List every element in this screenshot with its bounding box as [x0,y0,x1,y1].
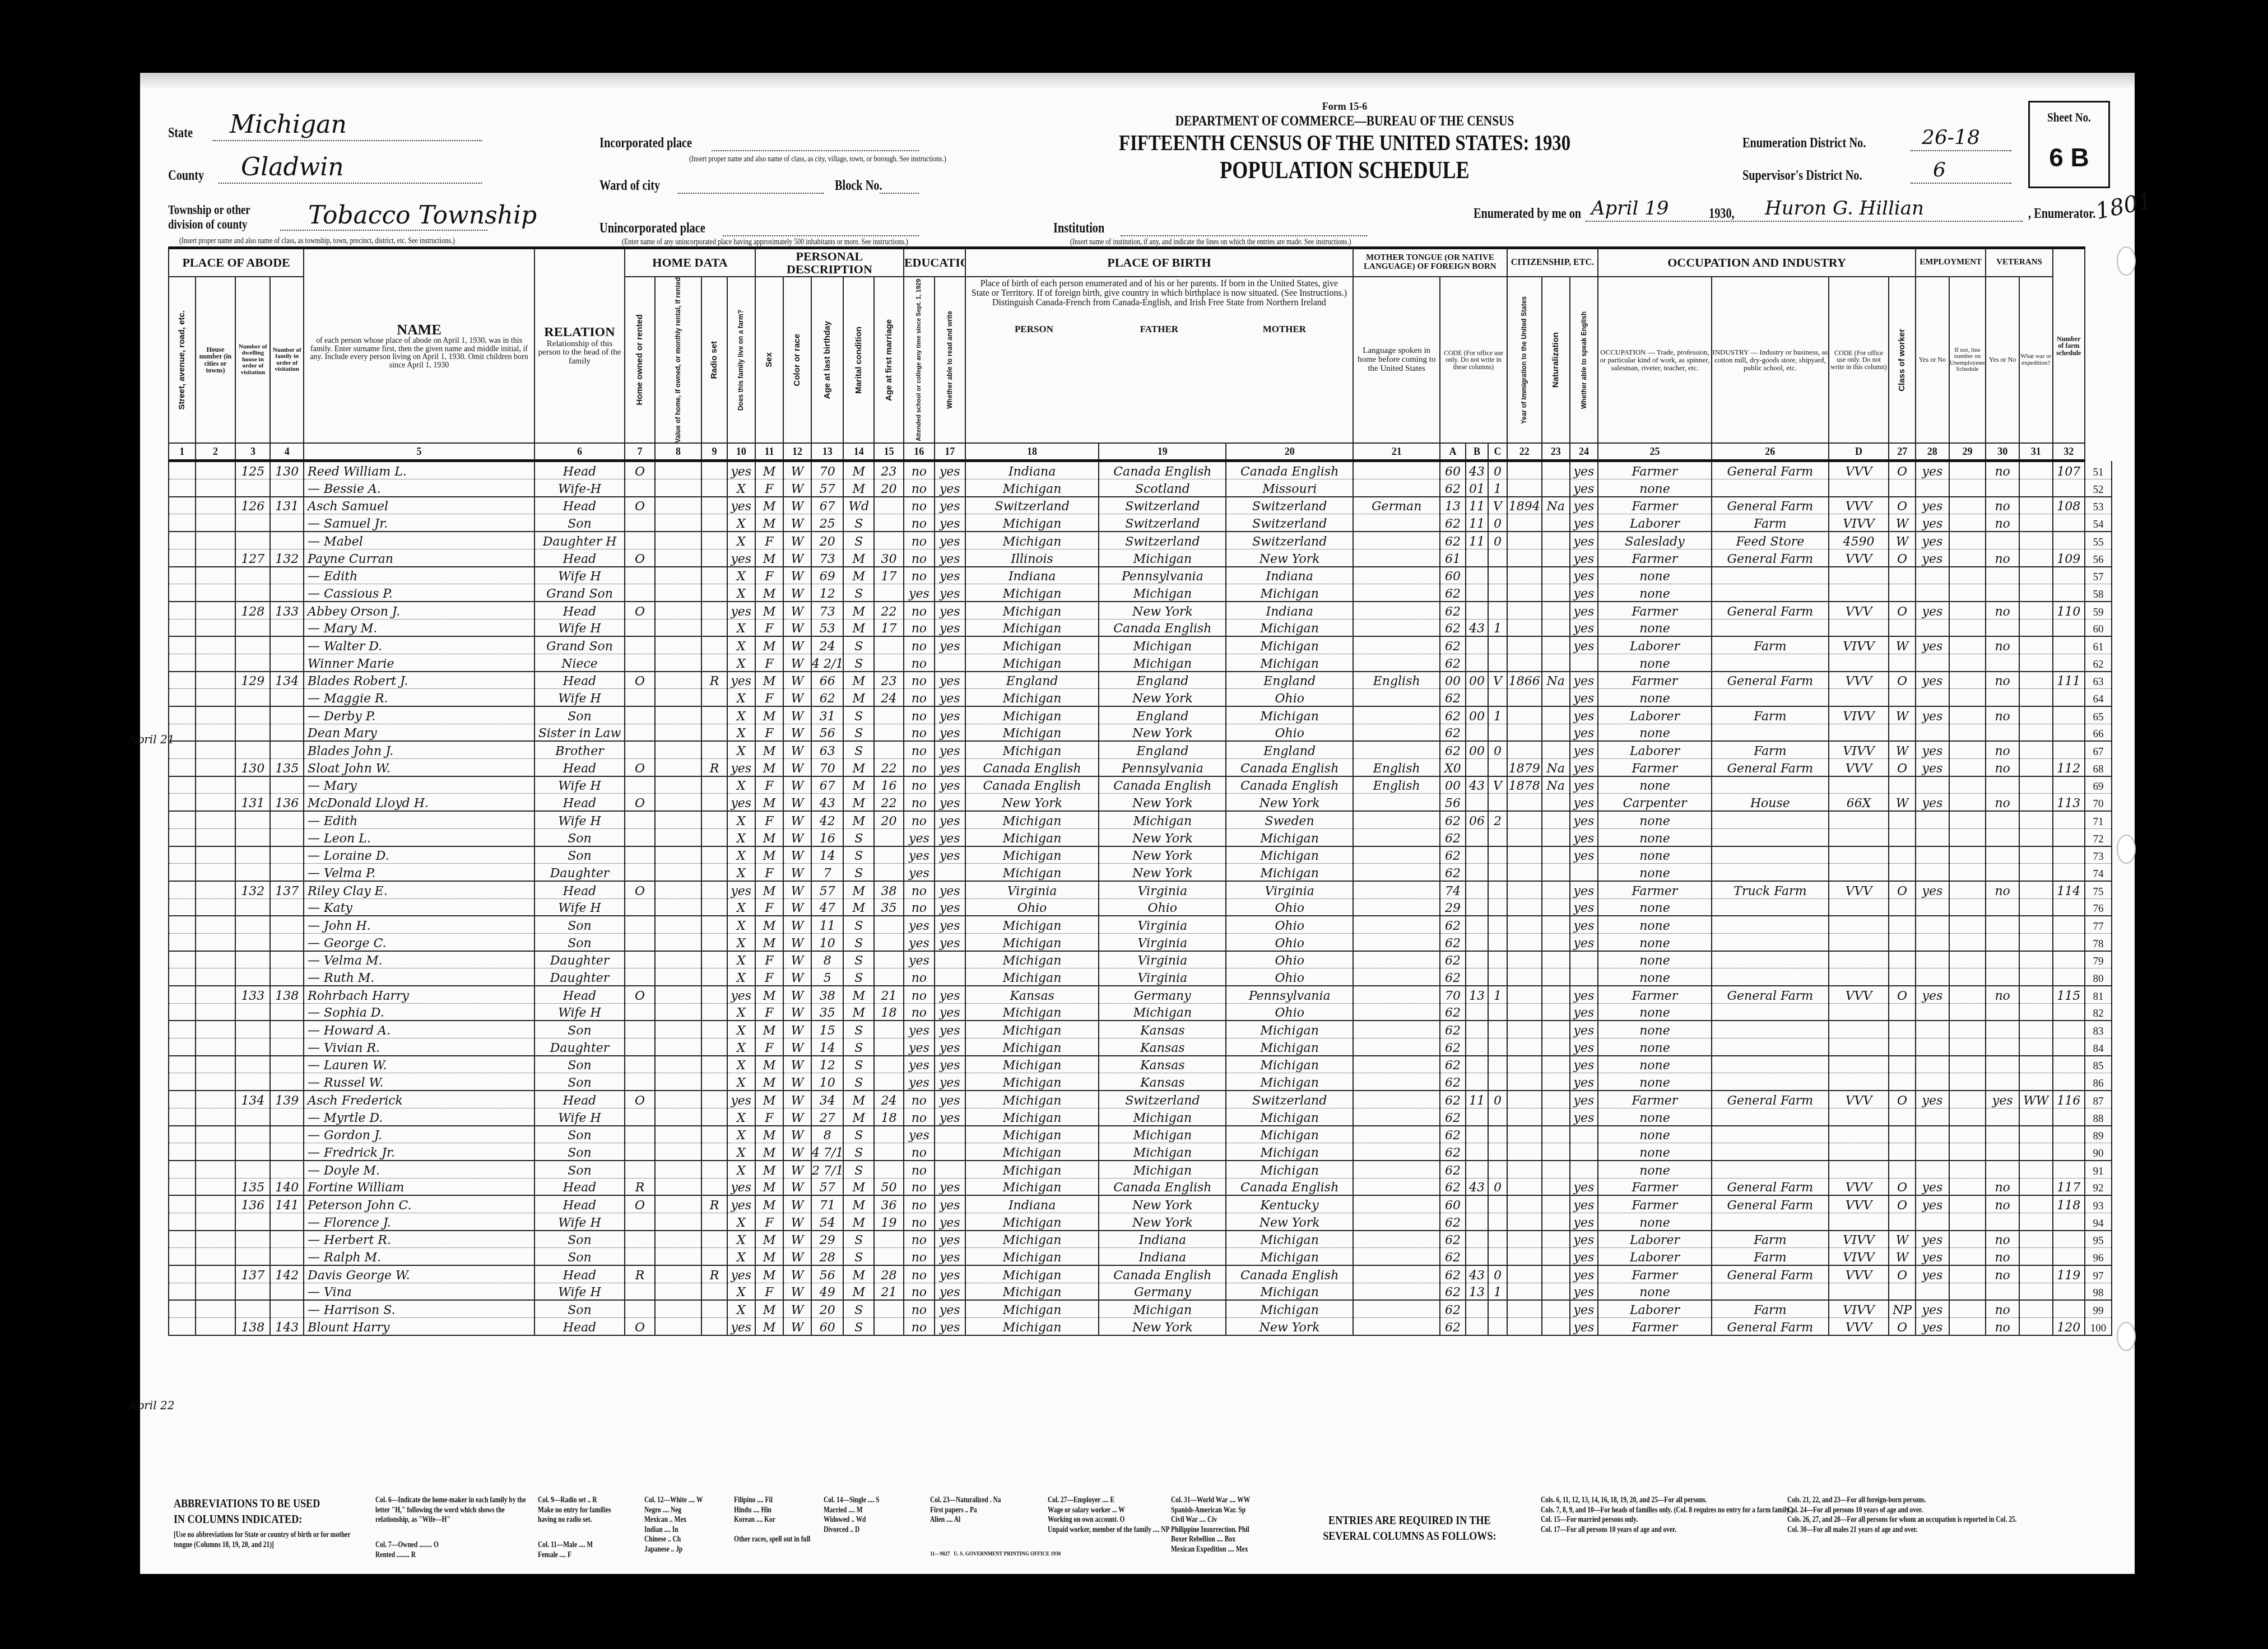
cell-age-marr [874,968,904,986]
cell-age-marr: 16 [874,776,904,794]
cell-dwelling [235,1021,270,1038]
cell-dwelling: 131 [235,794,270,811]
cell-cA: 62 [1440,1021,1465,1038]
cell-race: W [783,1195,811,1213]
cell-english [1570,654,1598,671]
col29-header: If not, line number on Unemployment Sche… [1949,277,1986,443]
cell-house [196,864,236,881]
cell-read: yes [935,602,965,619]
cell-lang [1353,514,1440,532]
cell-relation: Grand Son [535,584,625,602]
cell-cA: 62 [1440,933,1465,951]
cell-marital: M [843,1283,874,1300]
cell-farm: yes [727,461,755,479]
cell-pob: Michigan [965,1318,1099,1335]
cell-occupation: Saleslady [1598,532,1712,549]
cell-race: W [783,1161,811,1178]
cell-immig [1507,1056,1542,1073]
cell-dwelling: 138 [235,1318,270,1335]
cell-code [1829,584,1889,602]
table-row: 126131Asch SamuelHeadOyesMW67WdnoyesSwit… [169,497,2112,514]
cell-house [196,619,236,636]
cell-farm: X [727,864,755,881]
cell-cA: 61 [1440,549,1465,566]
cell-immig [1507,1108,1542,1125]
cell-english: yes [1570,1003,1598,1021]
cell-cA: 62 [1440,1248,1465,1265]
cell-pob-father: Scotland [1099,479,1226,497]
column-number: 27 [1889,443,1916,461]
cell-family: 140 [270,1178,304,1195]
cell-street [169,532,196,549]
cell-line: 73 [2085,846,2112,864]
cell-value [655,706,702,724]
cell-class [1889,1126,1916,1143]
cell-radio: R [701,759,727,776]
cell-class: W [1889,741,1916,758]
cell-house [196,1283,236,1300]
binder-hole [2117,835,2136,864]
cell-cB [1466,933,1489,951]
cell-war [2019,636,2053,654]
cell-lang [1353,1143,1440,1161]
cell-line: 90 [2085,1143,2112,1161]
table-row: — Lauren W.SonXMW12SyesyesMichiganKansas… [169,1056,2112,1073]
cell-unemp [1949,864,1986,881]
cell-english: yes [1570,619,1598,636]
cell-value [655,1108,702,1125]
cell-code: VVV [1829,461,1889,479]
cell-family [270,532,304,549]
cell-farm: yes [727,759,755,776]
cell-english: yes [1570,1073,1598,1091]
cell-code [1829,1283,1889,1300]
cell-value [655,1003,702,1021]
cell-lang [1353,706,1440,724]
cell-cB: 11 [1466,514,1489,532]
cell-family: 137 [270,881,304,898]
cell-lang [1353,689,1440,706]
cell-dwelling [235,1073,270,1091]
cell-farm-sched [2053,514,2085,532]
cell-pob: Michigan [965,916,1099,933]
cell-unemp [1949,567,1986,584]
cell-home: O [625,986,655,1003]
cell-pob-father: Virginia [1099,968,1226,986]
cell-home [625,1213,655,1230]
cell-school: yes [904,951,935,968]
cell-race: W [783,479,811,497]
cell-cB [1466,1056,1489,1073]
cell-school: yes [904,828,935,846]
cell-class [1889,846,1916,864]
cell-code [1829,846,1889,864]
cell-marital: M [843,689,874,706]
cell-farm: X [727,1143,755,1161]
cell-occupation: none [1598,864,1712,881]
cell-cB [1466,1126,1489,1143]
column-number: 16 [904,443,935,461]
cell-immig [1507,1265,1542,1283]
cell-farm-sched [2053,724,2085,741]
cell-family [270,636,304,654]
cell-unemp [1949,602,1986,619]
cell-pob-mother: Pennsylvania [1226,986,1353,1003]
cell-relation: Head [535,1318,625,1335]
cell-cA: 62 [1440,1126,1465,1143]
cell-line: 94 [2085,1213,2112,1230]
table-row: — Walter D.Grand SonXMW24SnoyesMichiganM… [169,636,2112,654]
cell-street [169,759,196,776]
cell-class [1889,811,1916,828]
cell-marital: M [843,1213,874,1230]
cell-family [270,933,304,951]
cell-cC [1488,724,1507,741]
cell-occupation: Laborer [1598,1300,1712,1317]
cell-name: — Russel W. [304,1073,535,1091]
cell-dwelling [235,776,270,794]
cell-pob-mother: Ohio [1226,724,1353,741]
cell-age-marr [874,1126,904,1143]
cell-pob-father: Switzerland [1099,497,1226,514]
cell-nat: Na [1542,497,1570,514]
cell-english: yes [1570,1195,1598,1213]
cell-class: O [1889,497,1916,514]
cell-school: no [904,672,935,689]
cell-name: — Myrtle D. [304,1108,535,1125]
cell-age: 62 [811,689,843,706]
cell-line: 69 [2085,776,2112,794]
cell-class: O [1889,1091,1916,1108]
cell-cC: 0 [1488,741,1507,758]
table-row: — Florence J.Wife HXFW54M19noyesMichigan… [169,1213,2112,1230]
cell-marital: S [843,1318,874,1335]
cell-age-marr: 22 [874,759,904,776]
cell-lang [1353,1091,1440,1108]
cell-name: — John H. [304,916,535,933]
cell-line: 59 [2085,602,2112,619]
cell-pob-mother: Missouri [1226,479,1353,497]
table-row: 127132Payne CurranHeadOyesMW73M30noyesIl… [169,549,2112,566]
enumerated-year: 1930, [1709,205,1735,222]
cell-value [655,584,702,602]
cell-cB: 11 [1466,1091,1489,1108]
cell-radio [701,479,727,497]
cell-age-marr: 28 [874,1265,904,1283]
cell-cB [1466,549,1489,566]
cell-vet [1986,1073,2019,1091]
cell-vet: no [1986,1265,2019,1283]
cell-industry [1712,1108,1829,1125]
cell-immig [1507,689,1542,706]
cell-code: VVV [1829,549,1889,566]
cell-line: 74 [2085,864,2112,881]
cell-nat [1542,794,1570,811]
cell-occupation: none [1598,654,1712,671]
cell-pob-mother: Michigan [1226,1126,1353,1143]
cell-pob-mother: Michigan [1226,706,1353,724]
cell-radio [701,776,727,794]
cell-family [270,1108,304,1125]
cell-family [270,916,304,933]
cell-radio [701,1108,727,1125]
cell-street [169,1265,196,1283]
cell-relation: Son [535,1056,625,1073]
cell-race: W [783,724,811,741]
cell-school: yes [904,933,935,951]
cell-immig [1507,584,1542,602]
cell-home: R [625,1265,655,1283]
cell-war [2019,532,2053,549]
col12b-instruction: Filipino .... Fil Hindu .... Hin Korean … [734,1496,810,1545]
cell-occupation: Farmer [1598,1091,1712,1108]
col22-header: Year of immigration to the United States [1507,277,1542,443]
cell-relation: Head [535,1091,625,1108]
cell-relation: Son [535,916,625,933]
cell-war [2019,514,2053,532]
cell-dwelling [235,479,270,497]
cell-occupation: none [1598,933,1712,951]
cell-occupation: none [1598,1213,1712,1230]
cell-class: O [1889,1265,1916,1283]
cell-school: no [904,776,935,794]
cell-marital: S [843,741,874,758]
cell-farm: X [727,968,755,986]
cell-vet: no [1986,672,2019,689]
cell-sex: M [755,549,783,566]
cell-home [625,514,655,532]
cell-cA: 62 [1440,846,1465,864]
cell-pob: Canada English [965,759,1099,776]
cell-house [196,1056,236,1073]
cell-home [625,951,655,968]
cell-age-marr: 23 [874,461,904,479]
cell-pob-father: England [1099,706,1226,724]
cell-vet [1986,532,2019,549]
cell-english: yes [1570,602,1598,619]
cell-value [655,1318,702,1335]
cell-unemp [1949,654,1986,671]
cell-pob-father: Michigan [1099,1300,1226,1317]
cell-unemp [1949,479,1986,497]
cell-home: O [625,1091,655,1108]
cell-immig [1507,933,1542,951]
cell-age: 24 [811,636,843,654]
cell-class [1889,1108,1916,1125]
cell-age: 69 [811,567,843,584]
cell-radio [701,968,727,986]
cell-sex: F [755,532,783,549]
cell-pob: Michigan [965,811,1099,828]
cell-name: — Samuel Jr. [304,514,535,532]
cell-cB: 00 [1466,741,1489,758]
cell-race: W [783,1021,811,1038]
cell-house [196,741,236,758]
column-number-row: 123456789101112131415161718192021ABC2223… [169,443,2112,461]
cell-work: yes [1916,1248,1949,1265]
cell-unemp [1949,1073,1986,1091]
cell-war [2019,497,2053,514]
table-row: 134139Asch FrederickHeadOyesMW34M24noyes… [169,1091,2112,1108]
cell-cB [1466,1143,1489,1161]
cell-name: Blount Harry [304,1318,535,1335]
cell-unemp [1949,549,1986,566]
cell-pob-mother: Michigan [1226,1073,1353,1091]
cell-relation: Head [535,461,625,479]
cell-name: Winner Marie [304,654,535,671]
cell-line: 100 [2085,1318,2112,1335]
cell-cC [1488,1318,1507,1335]
cell-cC [1488,1126,1507,1143]
cell-industry [1712,1283,1829,1300]
cell-age-marr: 20 [874,811,904,828]
cell-unemp [1949,1038,1986,1056]
cell-lang: English [1353,759,1440,776]
cell-lang [1353,1231,1440,1248]
cell-sex: F [755,968,783,986]
cell-school: no [904,1143,935,1161]
cell-line: 56 [2085,549,2112,566]
cell-cC [1488,1248,1507,1265]
cell-vet [1986,1056,2019,1073]
cell-family [270,567,304,584]
cell-age: 43 [811,794,843,811]
cell-sex: M [755,1126,783,1143]
table-row: — Derby P.SonXMW31SnoyesMichiganEnglandM… [169,706,2112,724]
cell-vet: no [1986,706,2019,724]
cell-lang [1353,951,1440,968]
col26-header: INDUSTRY — Industry or business, as cott… [1712,277,1829,443]
table-row: 128133Abbey Orson J.HeadOyesMW73M22noyes… [169,602,2112,619]
schedule-title: POPULATION SCHEDULE [1092,156,1597,184]
cell-school: no [904,549,935,566]
cell-line: 52 [2085,479,2112,497]
table-row: — Samuel Jr.SonXMW25SnoyesMichiganSwitze… [169,514,2112,532]
cell-english: yes [1570,881,1598,898]
cell-pob-mother: Michigan [1226,864,1353,881]
cell-industry [1712,1038,1829,1056]
cell-lang: English [1353,776,1440,794]
cell-home [625,1021,655,1038]
cell-age-marr [874,514,904,532]
cell-farm: X [727,514,755,532]
cell-street [169,811,196,828]
cell-dwelling [235,828,270,846]
cell-code [1829,776,1889,794]
cell-home: O [625,461,655,479]
cell-family [270,1283,304,1300]
binder-hole [2117,246,2136,276]
cell-code: VVV [1829,1091,1889,1108]
cell-unemp [1949,759,1986,776]
entries-required-title: ENTRIES ARE REQUIRED IN THE SEVERAL COLU… [1322,1512,1497,1543]
cell-unemp [1949,636,1986,654]
cell-war [2019,794,2053,811]
cell-lang [1353,1073,1440,1091]
cell-line: 76 [2085,898,2112,916]
column-number: 7 [625,443,655,461]
cell-war [2019,1248,2053,1265]
cell-cB [1466,1300,1489,1317]
cell-sex: F [755,654,783,671]
cell-name: — Sophia D. [304,1003,535,1021]
cell-war [2019,619,2053,636]
cell-home [625,479,655,497]
cell-work [1916,1108,1949,1125]
cell-line: 81 [2085,986,2112,1003]
cell-street [169,1143,196,1161]
cell-cB [1466,846,1489,864]
cell-nat [1542,461,1570,479]
cell-school: no [904,1195,935,1213]
cell-industry [1712,1003,1829,1021]
cell-cA: 62 [1440,828,1465,846]
cell-cB [1466,584,1489,602]
cell-line: 98 [2085,1283,2112,1300]
cell-read: yes [935,672,965,689]
cell-dwelling: 129 [235,672,270,689]
cell-immig [1507,1038,1542,1056]
cell-read: yes [935,846,965,864]
cell-occupation: Farmer [1598,759,1712,776]
cell-read: yes [935,724,965,741]
cell-english: yes [1570,933,1598,951]
cell-lang [1353,1038,1440,1056]
cell-lang [1353,828,1440,846]
cell-home [625,1056,655,1073]
table-row: Dean MarySister in LawXFW56SnoyesMichiga… [169,724,2112,741]
cell-cC: 0 [1488,532,1507,549]
cell-class [1889,689,1916,706]
cell-read [935,951,965,968]
census-sheet: State Michigan County Gladwin Township o… [140,73,2135,1574]
cell-relation: Son [535,514,625,532]
cell-marital: S [843,968,874,986]
cell-vet [1986,933,2019,951]
cell-marital: S [843,1248,874,1265]
cell-code [1829,689,1889,706]
cell-school: no [904,1091,935,1108]
cell-occupation: none [1598,898,1712,916]
cell-name: — Bessie A. [304,479,535,497]
cell-immig: 1866 [1507,672,1542,689]
cell-age: 67 [811,776,843,794]
margin-note-april-22: April 22 [129,1399,174,1412]
cell-farm: X [727,1021,755,1038]
cell-home [625,1003,655,1021]
cell-work [1916,1283,1949,1300]
cell-industry: Farm [1712,741,1829,758]
cell-age-marr [874,846,904,864]
cell-cC [1488,689,1507,706]
cell-school: no [904,1283,935,1300]
cell-race: W [783,881,811,898]
cell-unemp [1949,1318,1986,1335]
cell-line: 92 [2085,1178,2112,1195]
cell-occupation: Farmer [1598,497,1712,514]
binder-hole [2117,1322,2136,1351]
cell-unemp [1949,881,1986,898]
cell-age-marr: 38 [874,881,904,898]
cell-marital: M [843,1265,874,1283]
cell-cB [1466,1021,1489,1038]
cell-farm: X [727,1161,755,1178]
cell-home [625,1073,655,1091]
col7-instruction: Col. 7—Owned ........ O Rented ........ … [375,1540,439,1560]
cell-unemp [1949,724,1986,741]
cell-sex: M [755,1195,783,1213]
cell-dwelling [235,864,270,881]
